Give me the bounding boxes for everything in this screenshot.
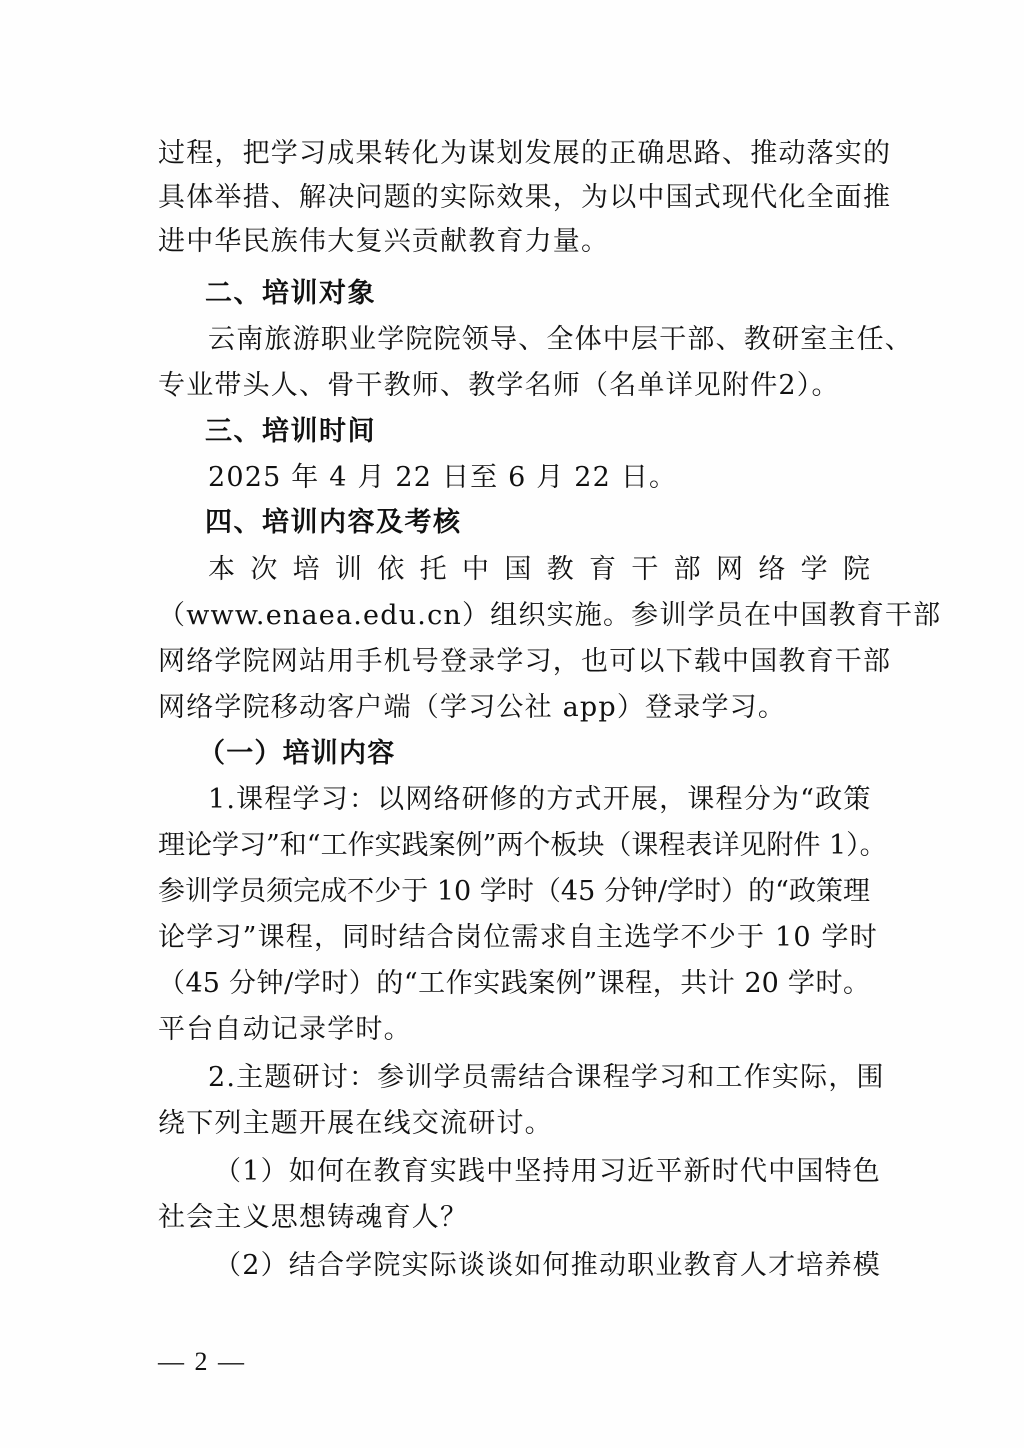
paragraph-line: 参训学员须完成不少于 10 学时（45 分钟/学时）的“政策理	[158, 872, 870, 912]
section-heading-training-time: 三、培训时间	[205, 412, 917, 452]
paragraph-line: 云南旅游职业学院院领导、全体中层干部、教研室主任、	[208, 320, 870, 360]
paragraph-line: 进中华民族伟大复兴贡献教育力量。	[158, 222, 870, 262]
paragraph-line: 本次培训依托中国教育干部网络学院	[208, 550, 870, 590]
paragraph-line: 网络学院网站用手机号登录学习，也可以下载中国教育干部	[158, 642, 870, 682]
paragraph-line: （45 分钟/学时）的“工作实践案例”课程，共计 20 学时。	[158, 964, 870, 1004]
paragraph-line: 理论学习”和“工作实践案例”两个板块（课程表详见附件 1）。	[158, 826, 870, 866]
paragraph-line: 1.课程学习：以网络研修的方式开展，课程分为“政策	[208, 780, 870, 820]
paragraph-line: （www.enaea.edu.cn）组织实施。参训学员在中国教育干部	[158, 596, 870, 636]
paragraph-line: 绕下列主题开展在线交流研讨。	[158, 1104, 870, 1144]
subsection-heading-training-content: （一）培训内容	[198, 734, 910, 774]
training-date-range: 2025 年 4 月 22 日至 6 月 22 日。	[208, 458, 920, 498]
section-heading-content-assessment: 四、培训内容及考核	[205, 503, 917, 543]
paragraph-line: 平台自动记录学时。	[158, 1010, 870, 1050]
paragraph-line: 过程，把学习成果转化为谋划发展的正确思路、推动落实的	[158, 134, 870, 174]
page-number: — 2 —	[158, 1344, 246, 1380]
paragraph-line: 2.主题研讨：参训学员需结合课程学习和工作实际，围	[208, 1058, 870, 1098]
paragraph-line: 专业带头人、骨干教师、教学名师（名单详见附件2）。	[158, 366, 870, 406]
discussion-topic-line: （1）如何在教育实践中坚持用习近平新时代中国特色	[214, 1152, 870, 1192]
paragraph-line: 网络学院移动客户端（学习公社 app）登录学习。	[158, 688, 870, 728]
discussion-topic-line: 社会主义思想铸魂育人？	[158, 1198, 870, 1238]
document-page: 过程，把学习成果转化为谋划发展的正确思路、推动落实的 具体举措、解决问题的实际效…	[0, 0, 1024, 1448]
paragraph-line: 具体举措、解决问题的实际效果，为以中国式现代化全面推	[158, 178, 870, 218]
paragraph-line: 论学习”课程，同时结合岗位需求自主选学不少于 10 学时	[158, 918, 870, 958]
discussion-topic-line: （2）结合学院实际谈谈如何推动职业教育人才培养模	[214, 1246, 870, 1286]
section-heading-training-targets: 二、培训对象	[205, 274, 917, 314]
